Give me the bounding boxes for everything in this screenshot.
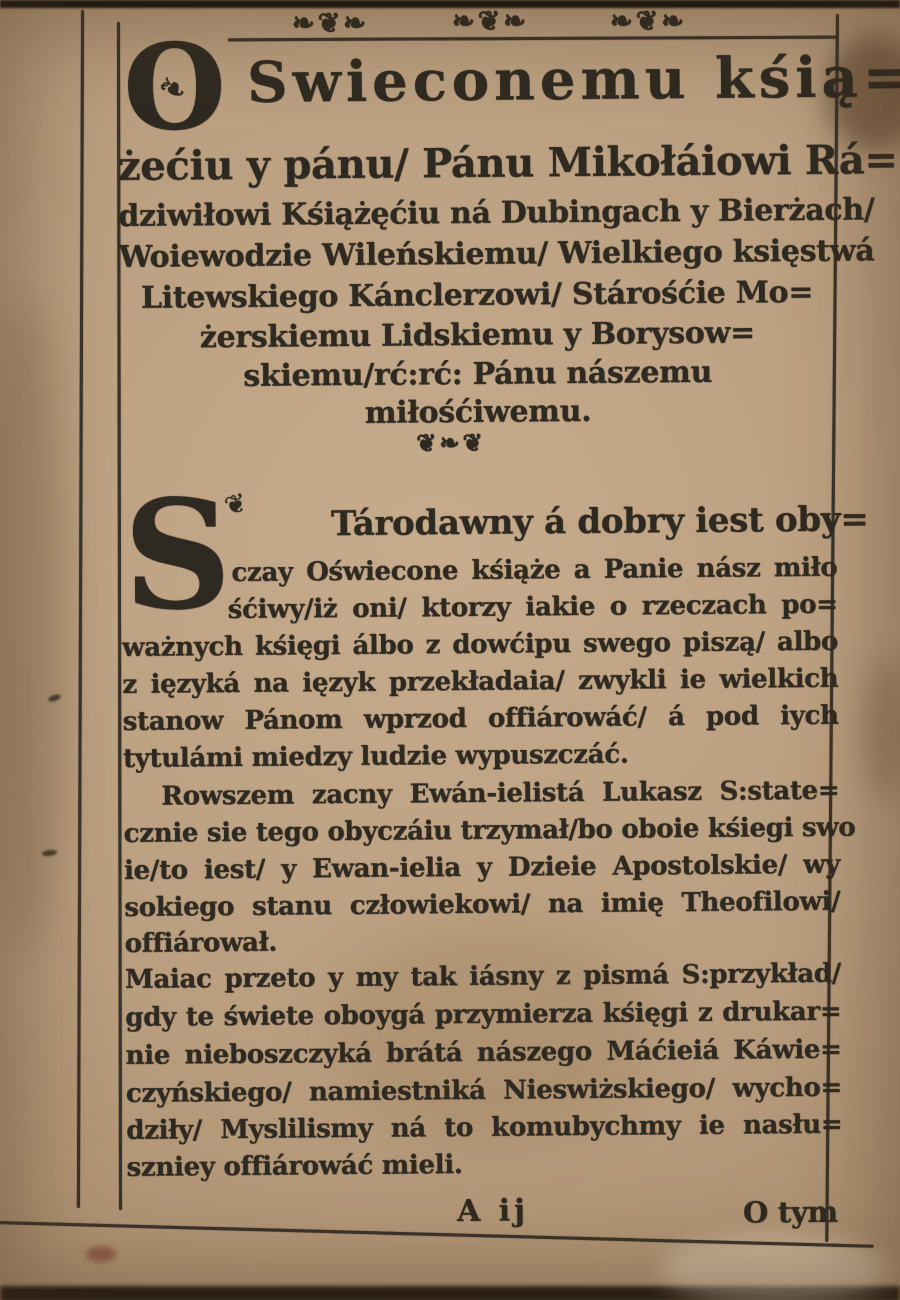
text-block: O ❧ Swieconemu kśią= żećiu y pánu/ Pánu …: [0, 0, 900, 1300]
header-divider-fleuron-icon: ❦❧❦: [416, 428, 486, 458]
body-line: gdy te świete oboygá przymierza kśięgi z…: [125, 997, 841, 1033]
body-line: cznie sie tego obyczáiu trzymał/bo oboie…: [124, 813, 840, 849]
header-line-7: skiemu/rć:rć: Pánu nászemu: [120, 354, 836, 395]
body-line: ważnych kśięgi álbo z dowćipu swego pisz…: [122, 627, 838, 663]
body-line: offiárował.: [125, 928, 278, 959]
header-line-3: dziwiłowi Kśiążęćiu ná Dubingach y Bierż…: [118, 193, 834, 234]
header-line-5: Litewskiego Kánclerzowi/ Stárośćie Mo=: [119, 275, 835, 316]
body-line: sokiego stanu człowiekowi/ na imię Theof…: [124, 887, 840, 923]
body-line: tytulámi miedzy ludzie wypuszczáć.: [123, 740, 629, 774]
body-line: czyńskiego/ namiestniká Nieswiżskiego/ w…: [126, 1073, 842, 1109]
body-line: stanow Pánom wprzod offiárowáć/ á pod iy…: [123, 701, 839, 737]
body-line: nie nieboszczyká brátá nászego Máćieiá K…: [125, 1035, 841, 1071]
header-line-4: Woiewodzie Wileńskiemu/ Wielkiego księst…: [118, 234, 834, 275]
decorated-initial-S: S: [123, 480, 233, 631]
catchword: O tym: [743, 1195, 838, 1230]
header-line-6: żerskiemu Lidskiemu y Borysow=: [119, 315, 835, 356]
signature-mark: A ij: [457, 1193, 529, 1229]
body-line: szniey offiárowáć mieli.: [126, 1150, 462, 1183]
body-line: z ięzyká na ięzyk przekładaia/ zwykli ie…: [122, 664, 838, 700]
header-line-1: Swieconemu kśią=: [247, 44, 900, 116]
body-line: dziły/ Myslilismy ná to komubychmy ie na…: [126, 1110, 842, 1146]
body-line: czay Oświecone kśiąże a Panie nász miło: [231, 553, 837, 588]
book-page-scan: ❧❦❧ ❧❦❧ ❧❦❧ O ❧ Swieconemu kśią= żećiu y…: [0, 0, 900, 1300]
body-line: śćiwy/iż oni/ ktorzy iakie o rzeczach po…: [228, 590, 838, 625]
header-line-8: miłośćiwemu.: [120, 392, 836, 433]
body-line: Maiac przeto y my tak iásny z pismá S:pr…: [125, 959, 841, 995]
body-line: Tárodawny á dobry iest oby=: [331, 499, 869, 544]
body-line: ie/to iest/ y Ewan-ielia y Dzieie Aposto…: [124, 850, 840, 886]
body-line: Rowszem zacny Ewán-ielistá Lukasz S:stat…: [161, 776, 839, 812]
header-line-2: żećiu y pánu/ Pánu Mikołáiowi Rá=: [118, 137, 834, 190]
